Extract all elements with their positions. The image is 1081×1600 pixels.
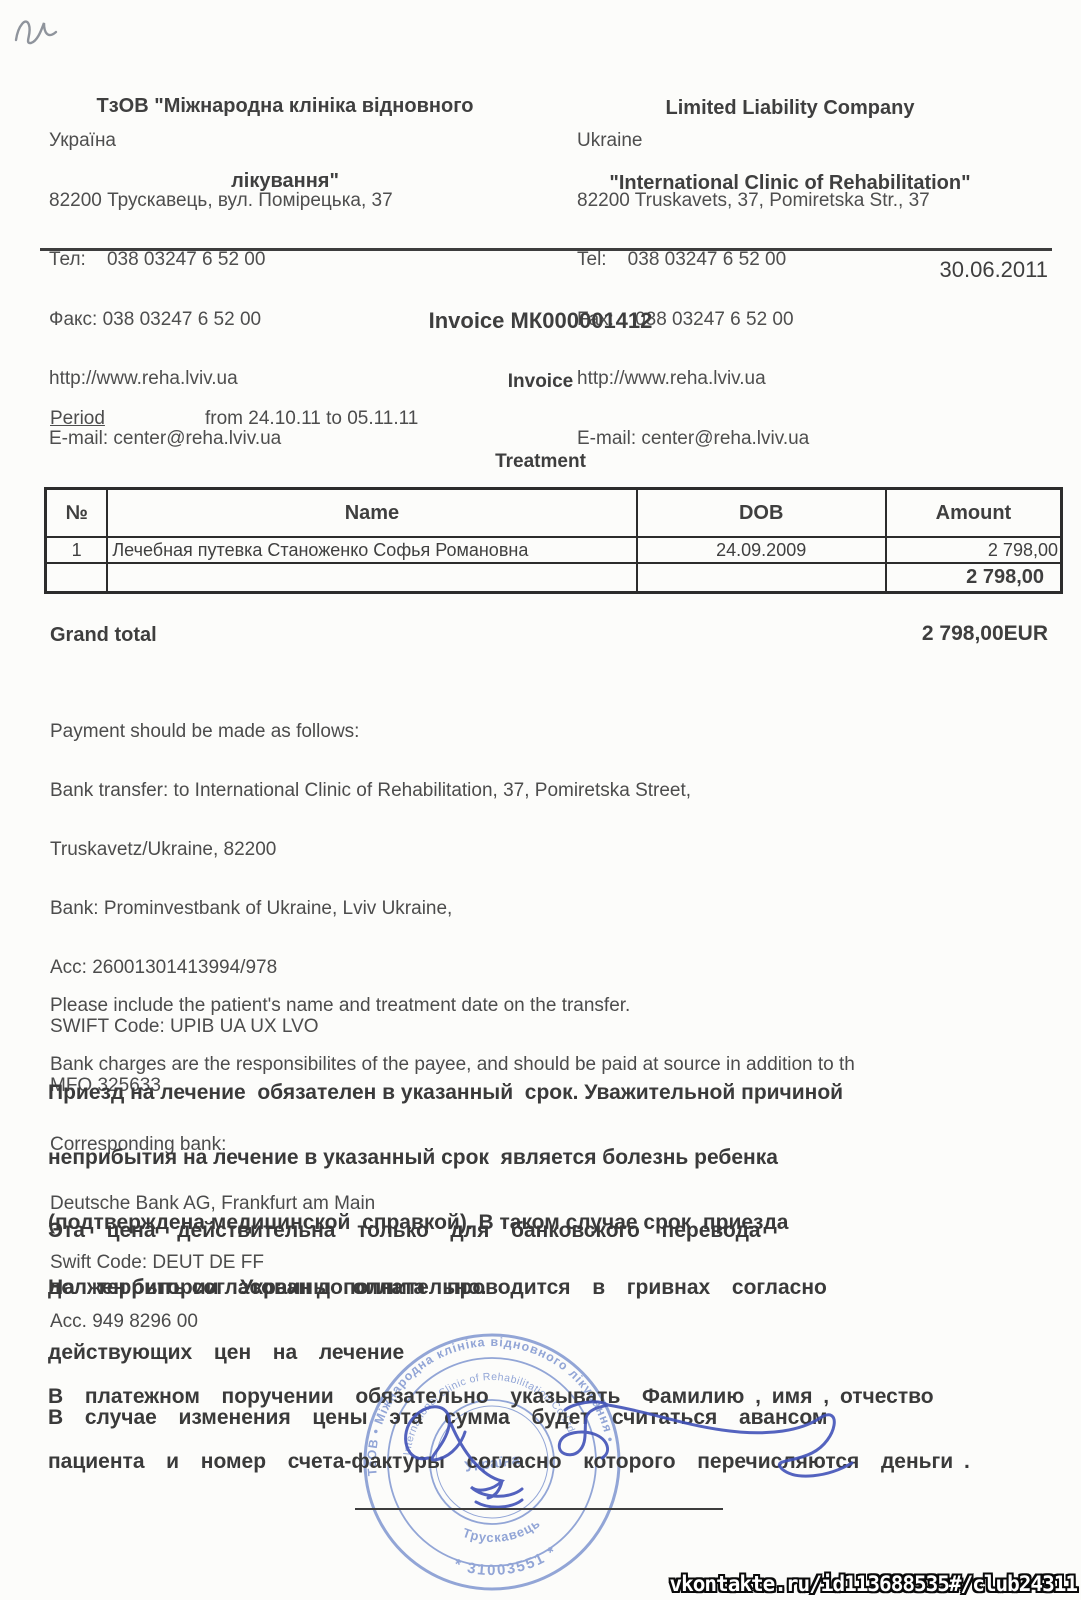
row-name: Лечебная путевка Станоженко Софья Романо… [107,537,636,563]
invoice-date: 30.06.2011 [800,257,1048,283]
period-value: from 24.10.11 to 05.11.11 [205,407,418,430]
payment-line: Bank transfer: to International Clinic o… [50,779,691,802]
country-en: Ukraine [577,129,930,153]
ru-line: неприбытия на лечение в указанный срок я… [48,1143,843,1172]
treatment-table: № Name DOB Amount 1 Лечебная путевка Ста… [44,487,1063,594]
ru-line: На территории Украины оплата проводится … [48,1273,827,1302]
ru-line: Приезд на лечение обязателен в указанный… [48,1078,843,1107]
stamp-outer-bottom-text: * 31003551 * [450,1542,563,1586]
email-en: E-mail: center@reha.lviv.ua [577,427,930,451]
tel-uk: Тел: 038 03247 6 52 00 [49,248,393,272]
signature-line [355,1508,723,1510]
col-number: № [46,489,108,538]
country-uk: Україна [49,129,393,153]
invoice-title: Invoice МК000001412 [0,308,1081,334]
grand-total-label: Grand total [50,624,157,647]
grand-total-value: 2 798,00EUR [760,622,1048,646]
note-line: Please include the patient's name and tr… [50,994,855,1017]
treatment-heading: Treatment [0,450,1081,473]
table-total-row: 2 798,00 [46,563,1062,593]
watermark-url: vkontakte.ru/id113688535#/club24311 [669,1572,1077,1596]
col-dob: DOB [637,489,886,538]
table-header-row: № Name DOB Amount [46,489,1062,538]
col-name: Name [107,489,636,538]
col-amount: Amount [886,489,1062,538]
signature [350,1360,930,1520]
company-address-en: Ukraine 82200 Truskavets, 37, Pomiretska… [577,93,930,486]
total-empty-number [46,563,108,593]
table-row: 1 Лечебная путевка Станоженко Софья Рома… [46,537,1062,563]
payment-line: Truskavetz/Ukraine, 82200 [50,838,691,861]
svg-text:* 31003551 *: * 31003551 * [450,1542,563,1586]
payment-line: Payment should be made as follows: [50,720,691,743]
row-dob: 24.09.2009 [637,537,886,563]
payment-line: Bank: Prominvestbank of Ukraine, Lviv Uk… [50,897,691,920]
header-divider [40,248,1052,251]
total-empty-dob [637,563,886,593]
row-number: 1 [46,537,108,563]
scanned-invoice-page: ТзОВ "Міжнародна клініка відновного ліку… [0,0,1081,1600]
row-amount: 2 798,00 [886,537,1062,563]
email-uk: E-mail: center@reha.lviv.ua [49,427,393,451]
total-empty-name [107,563,636,593]
period-label: Period [50,407,105,430]
street-en: 82200 Truskavets, 37, Pomiretska Str., 3… [577,189,930,213]
table-total-amount: 2 798,00 [886,563,1062,593]
invoice-subtitle: Invoice [0,370,1081,393]
street-uk: 82200 Трускавець, вул. Помірецька, 37 [49,189,393,213]
